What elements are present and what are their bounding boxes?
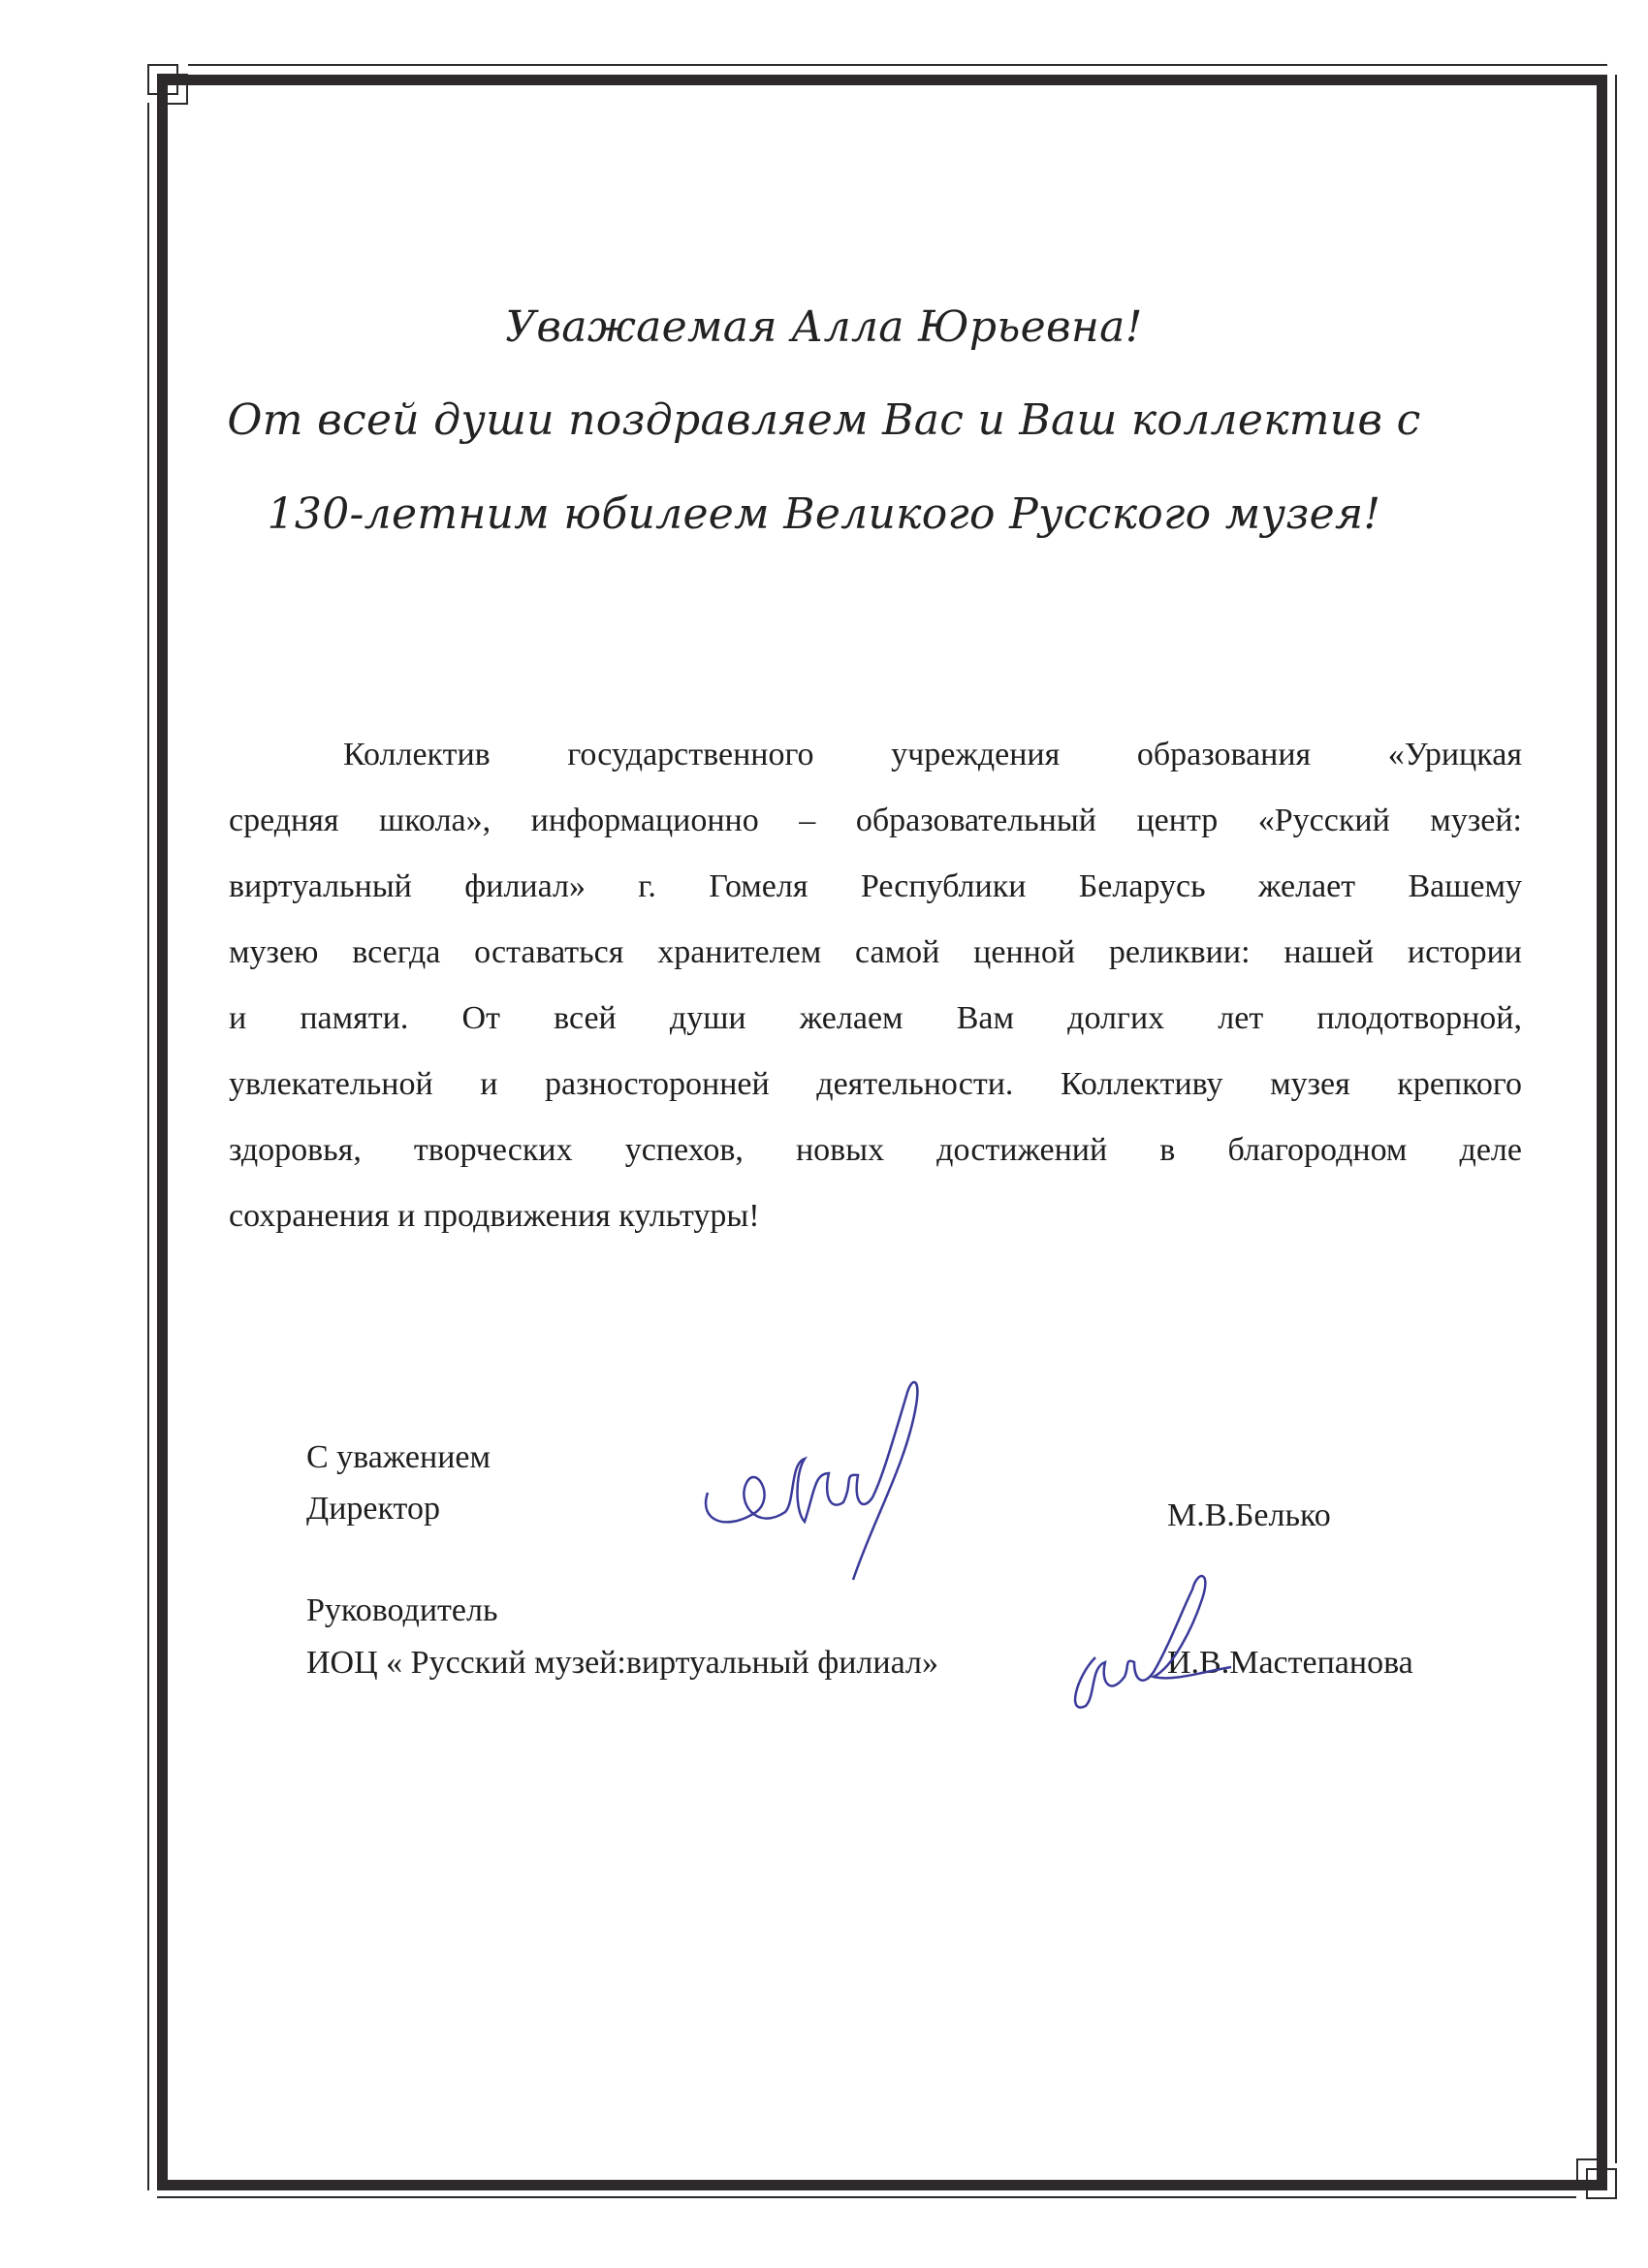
frame-corner-br-b bbox=[1576, 2158, 1607, 2189]
body-line: сохранения и продвижения культуры! bbox=[229, 1183, 1522, 1249]
frame-thin-left bbox=[147, 103, 149, 2190]
body-line: виртуальный филиал» г. Гомеля Республики… bbox=[229, 854, 1522, 920]
body-line: здоровья, творческих успехов, новых дост… bbox=[229, 1118, 1522, 1183]
body-line: музею всегда оставаться хранителем самой… bbox=[229, 920, 1522, 986]
frame-thin-top bbox=[188, 64, 1607, 66]
headline-line-2: 130-летним юбилеем Великого Русского муз… bbox=[194, 489, 1454, 539]
head-title-line-1: Руководитель bbox=[306, 1590, 497, 1632]
frame-thin-bottom bbox=[157, 2196, 1576, 2198]
congratulation-paragraph: Коллектив государственного учреждения об… bbox=[229, 722, 1522, 1249]
body-line: увлекательной и разносторонней деятельно… bbox=[229, 1052, 1522, 1118]
salutation-text: С уважением bbox=[306, 1436, 491, 1479]
frame-thin-right bbox=[1615, 75, 1617, 2163]
head-title-line-2: ИОЦ « Русский музей:виртуальный филиал» bbox=[306, 1642, 938, 1685]
director-name: М.В.Белько bbox=[1167, 1495, 1331, 1537]
body-line: Коллектив государственного учреждения об… bbox=[229, 722, 1522, 788]
director-title: Директор bbox=[306, 1488, 440, 1530]
frame-corner-tl-b bbox=[157, 74, 188, 105]
headline-line-1: От всей души поздравляем Вас и Ваш колле… bbox=[194, 395, 1454, 445]
greeting-heading: Уважаемая Алла Юрьевна! bbox=[194, 302, 1454, 352]
body-line: средняя школа», информационно – образова… bbox=[229, 788, 1522, 854]
body-line: и памяти. От всей души желаем Вам долгих… bbox=[229, 986, 1522, 1052]
director-signature-icon bbox=[698, 1367, 1008, 1609]
head-signature-icon bbox=[1057, 1560, 1251, 1735]
